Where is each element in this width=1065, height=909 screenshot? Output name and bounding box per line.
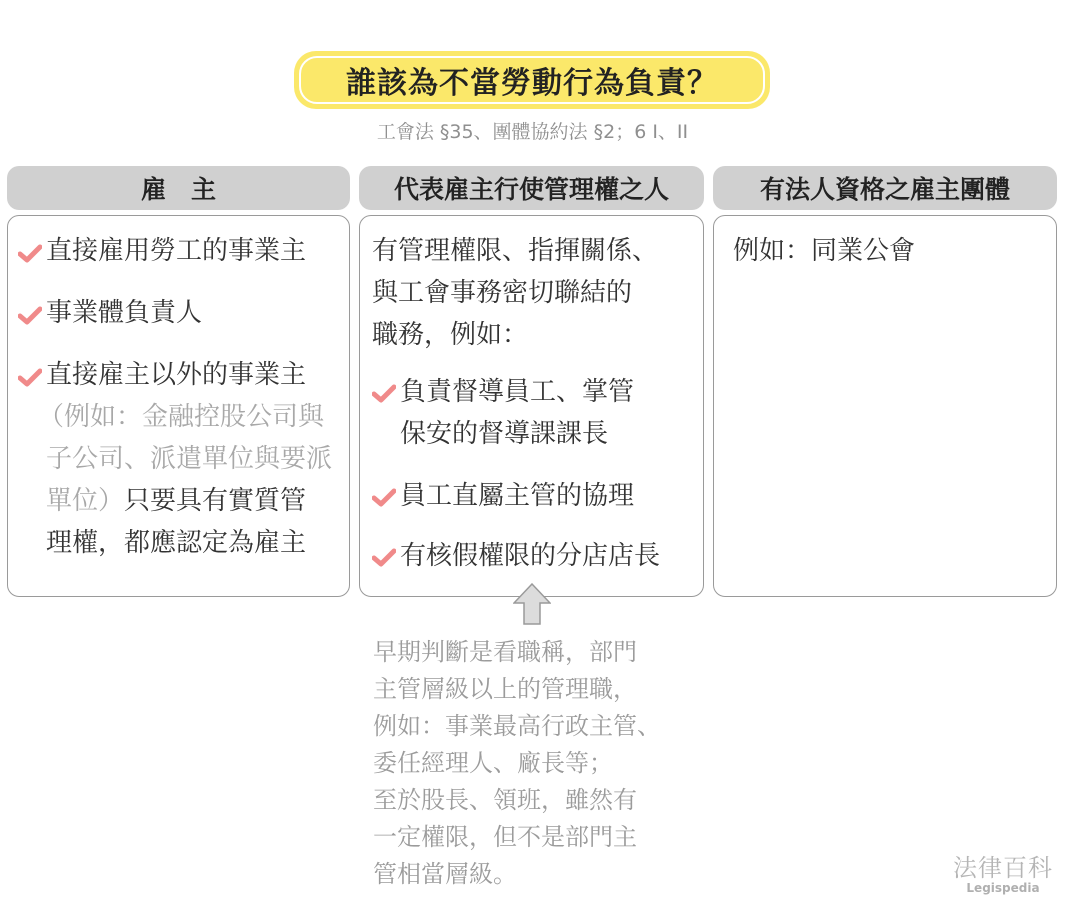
column-box-employer: 直接雇用勞工的事業主 事業體負責人 直接雇主以外的事業主 （例如：金融控股公司與… [7, 215, 350, 597]
list-item-text: 只要具有實質管 [124, 486, 306, 516]
list-item: 員工直屬主管的協理 [400, 475, 634, 517]
example-text: （例如：金融控股公司與 [38, 396, 332, 438]
list-item: 事業體負責人 [46, 292, 202, 334]
list-item: 有核假權限的分店店長 [400, 535, 660, 577]
example-text: 子公司、派遣單位與要派 [46, 438, 332, 480]
intro-text: 有管理權限、指揮關係、 與工會事務密切聯結的 職務，例如： [372, 230, 658, 356]
column-header-employer: 雇 主 [7, 166, 350, 210]
column-box-representative: 有管理權限、指揮關係、 與工會事務密切聯結的 職務，例如： 負責督導員工、掌管 … [359, 215, 704, 597]
title-banner: 誰該為不當勞動行為負責？ [294, 51, 770, 109]
logo-chinese: 法律百科 [952, 848, 1054, 883]
note-line: 例如：事業最高行政主管、 [373, 708, 703, 745]
legal-citation: 工會法 §35、團體協約法 §2；6 I、II [0, 117, 1065, 144]
example-text: 單位） [46, 486, 124, 516]
list-item: 直接雇主以外的事業主 （例如：金融控股公司與 子公司、派遣單位與要派 單位）只要… [46, 354, 332, 564]
column-header-employer-organization: 有法人資格之雇主團體 [713, 166, 1057, 210]
check-icon [372, 548, 396, 568]
list-item-text: 直接雇主以外的事業主 [46, 354, 332, 396]
column-header-representative: 代表雇主行使管理權之人 [359, 166, 704, 210]
list-item-text: 理權，都應認定為雇主 [46, 522, 332, 564]
intro-line: 職務，例如： [372, 314, 658, 356]
intro-line: 有管理權限、指揮關係、 [372, 230, 658, 272]
page-title: 誰該為不當勞動行為負責？ [299, 56, 765, 104]
check-icon [18, 306, 42, 326]
note-line: 委任經理人、廠長等； [373, 745, 703, 782]
up-arrow-icon [513, 583, 551, 625]
logo-english: Legispedia [952, 881, 1054, 895]
check-icon [18, 244, 42, 264]
intro-line: 與工會事務密切聯結的 [372, 272, 658, 314]
note-line: 一定權限，但不是部門主 [373, 819, 703, 856]
note-text: 早期判斷是看職稱，部門 主管層級以上的管理職， 例如：事業最高行政主管、 委任經… [373, 634, 703, 893]
intro-text: 例如：同業公會 [733, 230, 915, 272]
column-box-employer-organization: 例如：同業公會 [713, 215, 1057, 597]
list-item: 負責督導員工、掌管 保安的督導課課長 [400, 371, 634, 455]
note-line: 至於股長、領班，雖然有 [373, 782, 703, 819]
note-line: 早期判斷是看職稱，部門 [373, 634, 703, 671]
list-item: 直接雇用勞工的事業主 [46, 230, 306, 272]
check-icon [372, 488, 396, 508]
list-item-text: 負責督導員工、掌管 [400, 371, 634, 413]
list-item-text: 保安的督導課課長 [400, 413, 634, 455]
note-line: 主管層級以上的管理職， [373, 671, 703, 708]
note-line: 管相當層級。 [373, 856, 703, 893]
legispedia-logo: 法律百科 Legispedia [952, 848, 1054, 895]
check-icon [18, 368, 42, 388]
check-icon [372, 384, 396, 404]
